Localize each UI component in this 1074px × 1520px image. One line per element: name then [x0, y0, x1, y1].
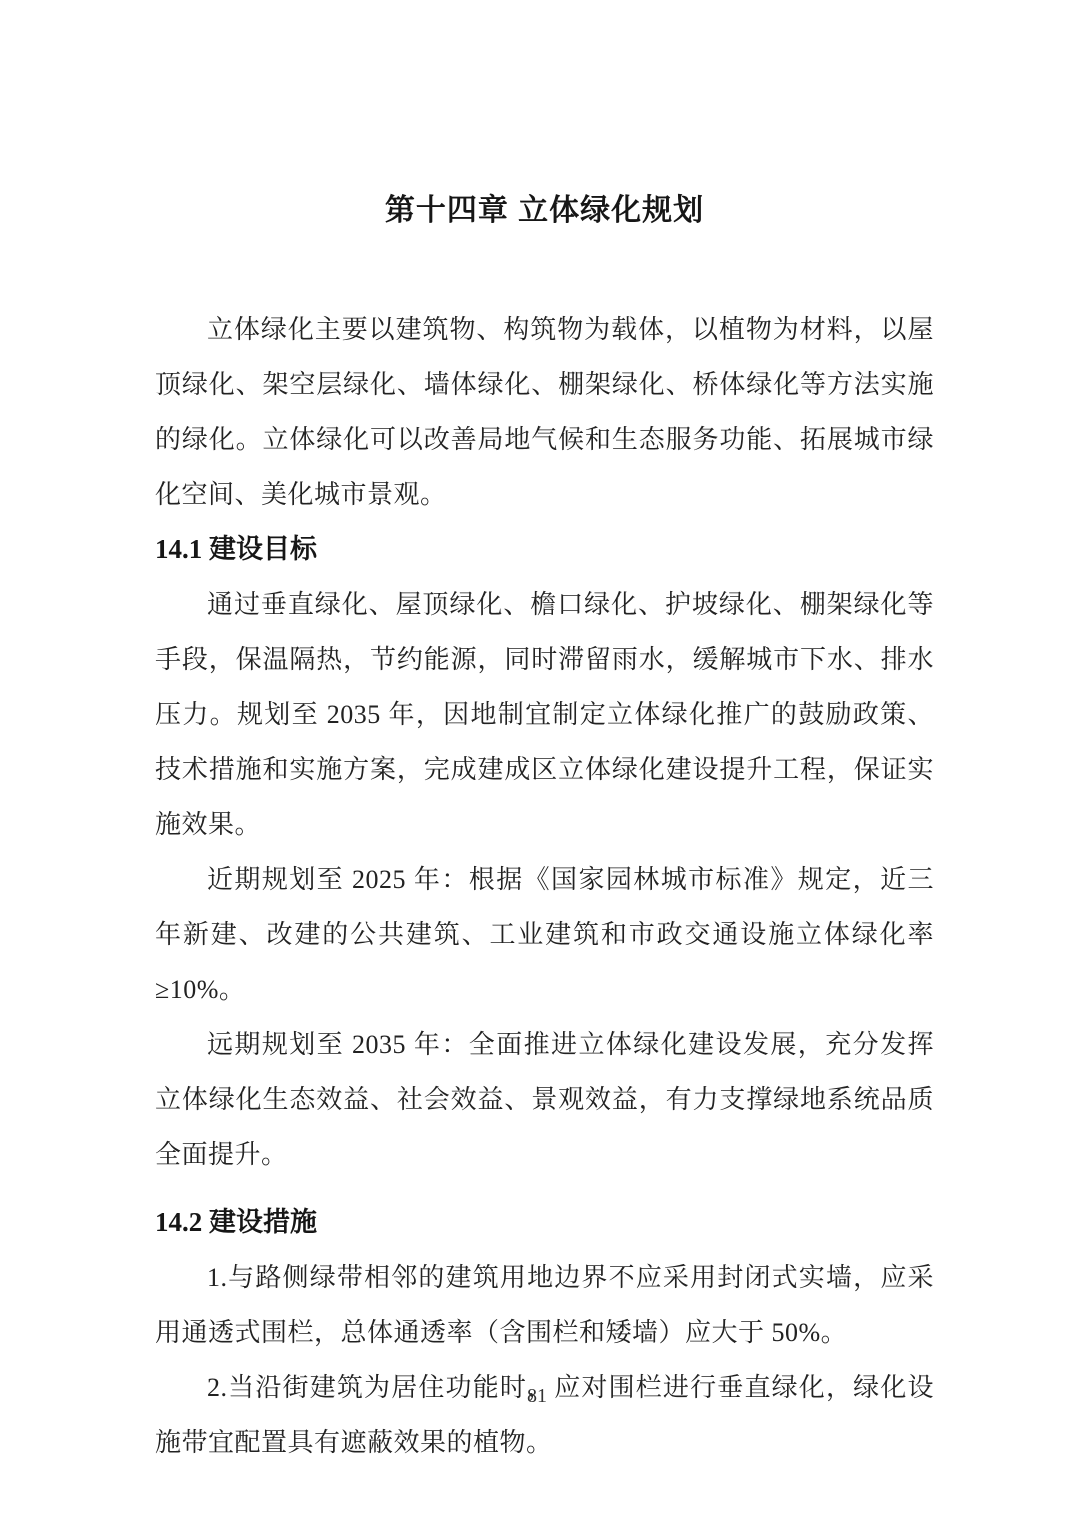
- page-number: 81: [0, 1382, 1074, 1410]
- paragraph: 1.与路侧绿带相邻的建筑用地边界不应采用封闭式实墙，应采用通透式围栏，总体通透率…: [155, 1250, 934, 1360]
- intro-paragraph: 立体绿化主要以建筑物、构筑物为载体，以植物为材料，以屋顶绿化、架空层绿化、墙体绿…: [155, 302, 934, 522]
- section-heading-14-1: 14.1 建设目标: [155, 522, 934, 577]
- section-heading-14-2: 14.2 建设措施: [155, 1195, 934, 1250]
- paragraph: 远期规划至 2035 年：全面推进立体绿化建设发展，充分发挥立体绿化生态效益、社…: [155, 1017, 934, 1182]
- paragraph: 通过垂直绿化、屋顶绿化、檐口绿化、护坡绿化、棚架绿化等手段，保温隔热，节约能源，…: [155, 577, 934, 852]
- paragraph: 近期规划至 2025 年：根据《国家园林城市标准》规定，近三年新建、改建的公共建…: [155, 852, 934, 1017]
- document-page: 第十四章 立体绿化规划 立体绿化主要以建筑物、构筑物为载体，以植物为材料，以屋顶…: [0, 0, 1074, 1520]
- paragraph: 2.当沿街建筑为居住功能时，应对围栏进行垂直绿化，绿化设施带宜配置具有遮蔽效果的…: [155, 1360, 934, 1470]
- chapter-title: 第十四章 立体绿化规划: [155, 188, 934, 234]
- document-body: 立体绿化主要以建筑物、构筑物为载体，以植物为材料，以屋顶绿化、架空层绿化、墙体绿…: [155, 302, 934, 1470]
